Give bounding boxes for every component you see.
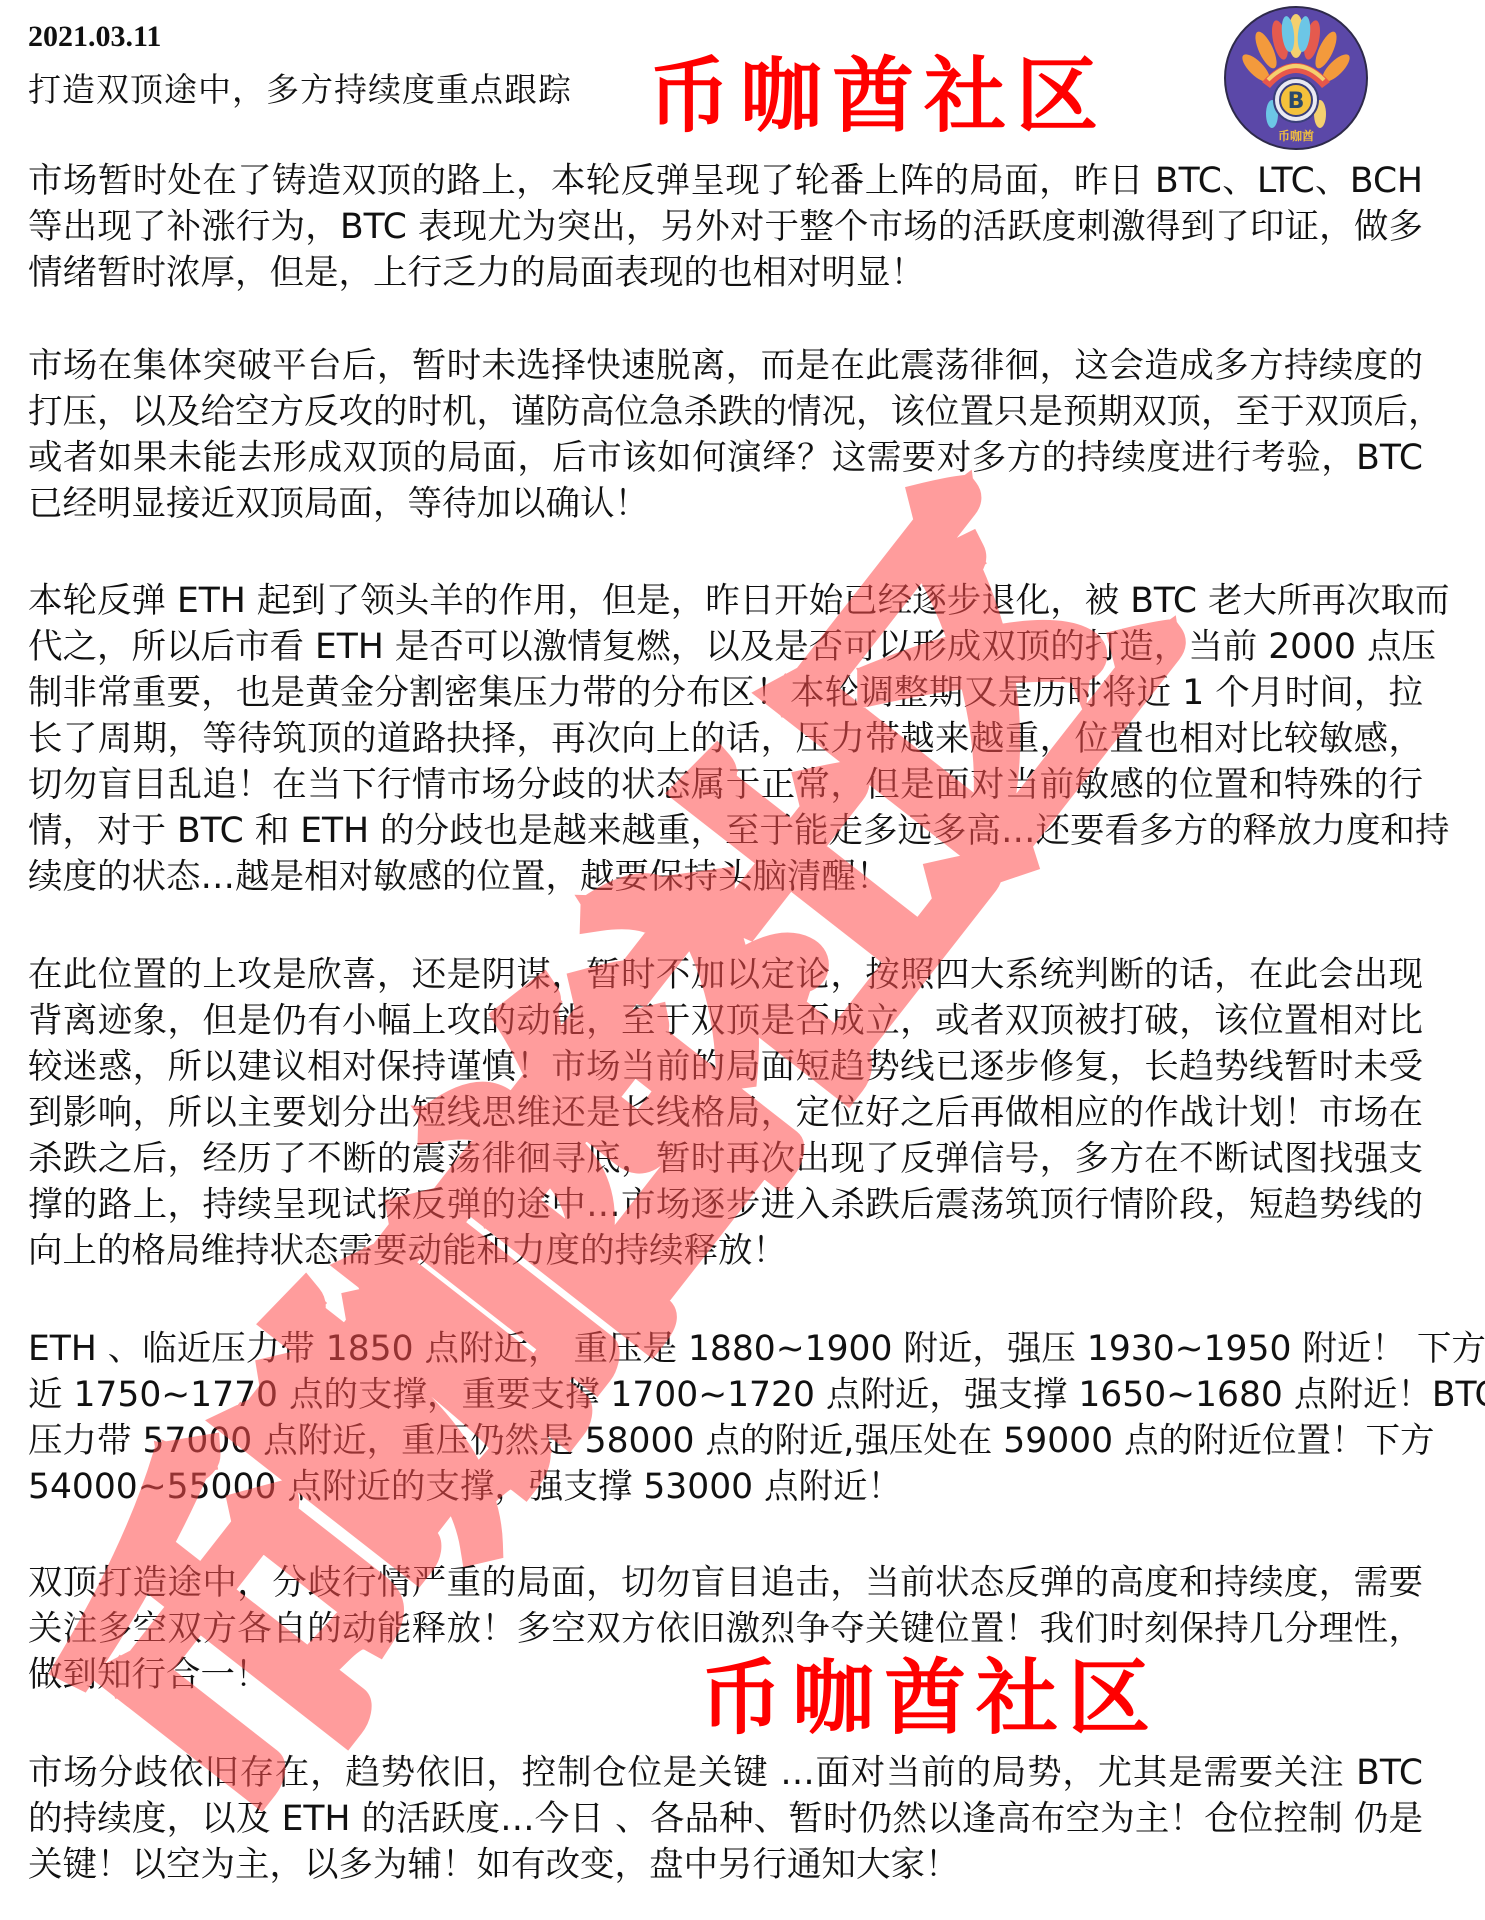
paragraph-line: 杀跌之后，经历了不断的震荡徘徊寻底，暂时再次出现了反弹信号，多方在不断试图找强支 [28,1136,1423,1182]
paragraph-line: 市场在集体突破平台后，暂时未选择快速脱离，而是在此震荡徘徊，这会造成多方持续度的 [28,343,1423,389]
paragraph-line: ETH 、临近压力带 1850 点附近， 重压是 1880~1900 附近，强压… [28,1326,1423,1372]
paragraph-position-analysis: 在此位置的上攻是欣喜，还是阴谋，暂时不加以定论，按照四大系统判断的话，在此会出现… [28,952,1423,1274]
brand-title-top: 币咖酋社区 [648,56,1108,138]
paragraph-line: 在此位置的上攻是欣喜，还是阴谋，暂时不加以定论，按照四大系统判断的话，在此会出现 [28,952,1423,998]
paragraph-line: 等出现了补涨行为，BTC 表现尤为突出，另外对于整个市场的活跃度刺激得到了印证，… [28,204,1423,250]
svg-text:B: B [1288,89,1305,114]
paragraph-line: 续度的状态…越是相对敏感的位置，越要保持头脑清醒！ [28,854,1423,900]
paragraph-line: 代之，所以后市看 ETH 是否可以激情复燃，以及是否可以形成双顶的打造，当前 2… [28,624,1423,670]
brand-title-bottom: 币咖酋社区 [700,1658,1160,1740]
paragraph-line: 情绪暂时浓厚，但是，上行乏力的局面表现的也相对明显！ [28,250,1423,296]
paragraph-line: 市场分歧依旧存在，趋势依旧，控制仓位是关键 …面对当前的局势，尤其是需要关注 B… [28,1750,1423,1796]
paragraph-line: 或者如果未能去形成双顶的局面，后市该如何演绎？这需要对多方的持续度进行考验，BT… [28,435,1423,481]
paragraph-line: 关键！以空为主，以多为辅！如有改变，盘中另行通知大家！ [28,1842,1423,1888]
paragraph-line: 打压，以及给空方反攻的时机，谨防高位急杀跌的情况，该位置只是预期双顶，至于双顶后… [28,389,1423,435]
paragraph-line: 长了周期，等待筑顶的道路抉择，再次向上的话，压力带越来越重，位置也相对比较敏感， [28,716,1423,762]
article-date: 2021.03.11 [28,20,161,54]
paragraph-line: 背离迹象，但是仍有小幅上攻的动能，至于双顶是否成立，或者双顶被打破，该位置相对比 [28,998,1423,1044]
paragraph-line: 关注多空双方各自的动能释放！多空双方依旧激烈争夺关键位置！我们时刻保持几分理性， [28,1606,1423,1652]
paragraph-line: 向上的格局维持状态需要动能和力度的持续释放！ [28,1228,1423,1274]
paragraph-line: 情，对于 BTC 和 ETH 的分歧也是越来越重，至于能走多远多高…还要看多方的… [28,808,1423,854]
paragraph-platform-breakout: 市场在集体突破平台后，暂时未选择快速脱离，而是在此震荡徘徊，这会造成多方持续度的… [28,343,1423,527]
paragraph-line: 双顶打造途中，分歧行情严重的局面，切勿盲目追击，当前状态反弹的高度和持续度，需要 [28,1560,1423,1606]
paragraph-market-double-top: 市场暂时处在了铸造双顶的路上，本轮反弹呈现了轮番上阵的局面，昨日 BTC、LTC… [28,158,1423,296]
paragraph-price-levels: ETH 、临近压力带 1850 点附近， 重压是 1880~1900 附近，强压… [28,1326,1423,1510]
article-headline: 打造双顶途中，多方持续度重点跟踪 [28,64,572,111]
paragraph-line: 已经明显接近双顶局面，等待加以确认！ [28,481,1423,527]
paragraph-line: 近 1750~1770 点的支撑，重要支撑 1700~1720 点附近，强支撑 … [28,1372,1423,1418]
paragraph-line: 到影响，所以主要划分出短线思维还是长线格局，定位好之后再做相应的作战计划！市场在 [28,1090,1423,1136]
paragraph-line: 较迷惑，所以建议相对保持谨慎！市场当前的局面短趋势线已逐步修复，长趋势线暂时未受 [28,1044,1423,1090]
paragraph-line: 市场暂时处在了铸造双顶的路上，本轮反弹呈现了轮番上阵的局面，昨日 BTC、LTC… [28,158,1423,204]
svg-text:币咖酋: 币咖酋 [1278,128,1314,143]
paragraph-line: 的持续度，以及 ETH 的活跃度…今日 、各品种、暂时仍然以逢高布空为主！仓位控… [28,1796,1423,1842]
brand-logo-icon: B 币咖酋 [1222,4,1370,152]
paragraph-line: 54000~55000 点附近的支撑，强支撑 53000 点附近！ [28,1464,1423,1510]
paragraph-eth-leader: 本轮反弹 ETH 起到了领头羊的作用，但是，昨日开始已经逐步退化，被 BTC 老… [28,578,1423,900]
paragraph-line: 撑的路上，持续呈现试探反弹的途中…市场逐步进入杀跌后震荡筑顶行情阶段，短趋势线的 [28,1182,1423,1228]
paragraph-line: 本轮反弹 ETH 起到了领头羊的作用，但是，昨日开始已经逐步退化，被 BTC 老… [28,578,1423,624]
paragraph-line: 切勿盲目乱追！在当下行情市场分歧的状态属于正常，但是面对当前敏感的位置和特殊的行 [28,762,1423,808]
paragraph-line: 压力带 57000 点附近，重压仍然是 58000 点的附近,强压处在 5900… [28,1418,1423,1464]
paragraph-line: 制非常重要，也是黄金分割密集压力带的分布区！本轮调整期又是历时将近 1 个月时间… [28,670,1423,716]
paragraph-position-control: 市场分歧依旧存在，趋势依旧，控制仓位是关键 …面对当前的局势，尤其是需要关注 B… [28,1750,1423,1888]
